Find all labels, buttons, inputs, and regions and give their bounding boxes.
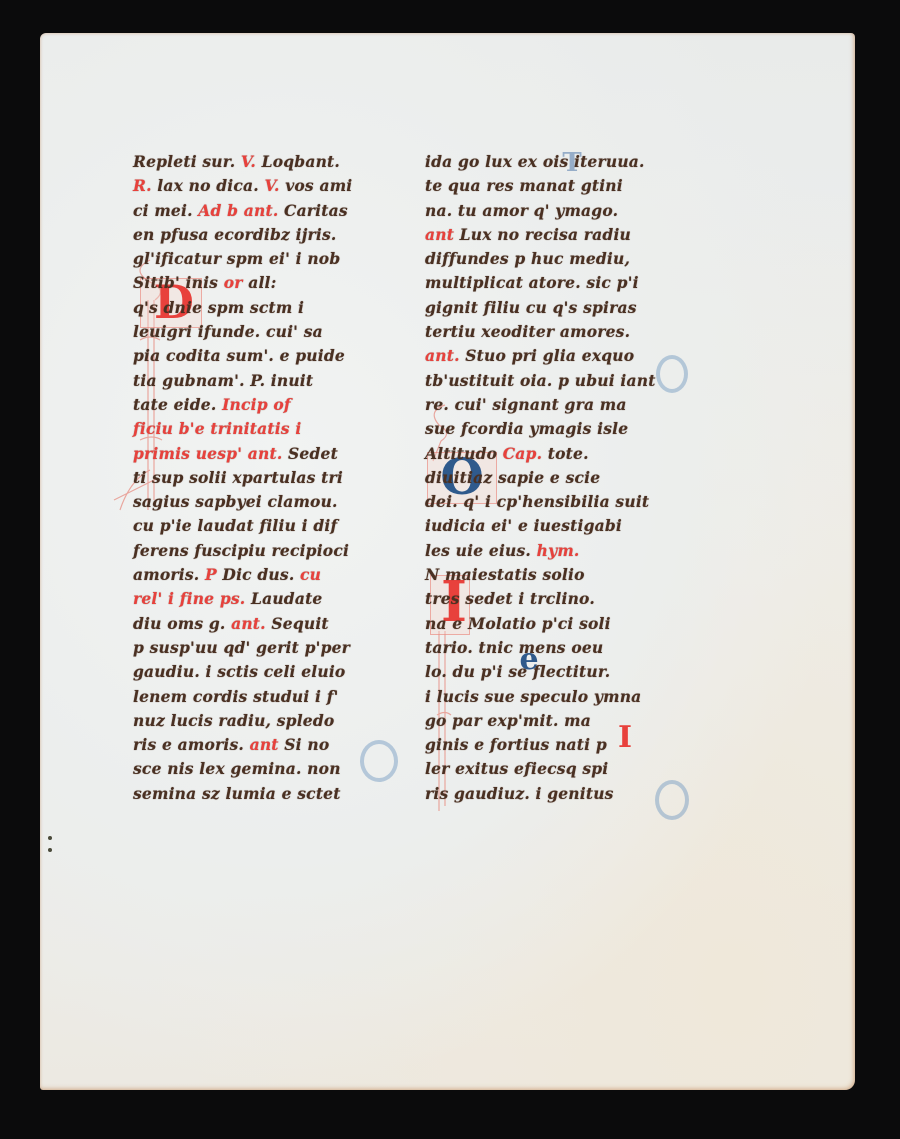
text-line: ris e amoris. ant Si no xyxy=(133,733,343,757)
script-text: multiplicat atore. sic p'i xyxy=(425,273,639,292)
script-text: i lucis sue speculo ymna xyxy=(425,687,641,706)
text-line: tia gubnam'. P. inuit xyxy=(133,369,343,393)
text-line: leuigri ifunde. cui' sa xyxy=(133,320,343,344)
rubric-text: ficiu b'e trinitatis i xyxy=(133,419,301,438)
script-text: amoris. xyxy=(133,565,205,584)
script-text: q's dnie spm sctm i xyxy=(133,298,304,317)
script-text: dei. q' i cp'hensibilia suit xyxy=(425,492,649,511)
script-text: go par exp'mit. ma xyxy=(425,711,591,730)
script-text: gl'ificatur spm ei' i nob xyxy=(133,249,340,268)
script-text: sue fcordia ymagis isle xyxy=(425,419,628,438)
script-text: na. tu amor q' ymago. xyxy=(425,201,618,220)
text-line: Altitudo Cap. tote. xyxy=(425,442,640,466)
script-text: en pfusa ecordibz ijris. xyxy=(133,225,337,244)
script-text: leuigri ifunde. cui' sa xyxy=(133,322,323,341)
text-line: ant. Stuo pri glia exquo xyxy=(425,344,640,368)
text-line: ficiu b'e trinitatis i xyxy=(133,417,343,441)
text-line: ant Lux no recisa radiu xyxy=(425,223,640,247)
text-line: ris gaudiuz. i genitus xyxy=(425,782,640,806)
text-line: tertiu xeoditer amores. xyxy=(425,320,640,344)
script-text: na e Molatio p'ci soli xyxy=(425,614,611,633)
text-line: pia codita sum'. e puide xyxy=(133,344,343,368)
text-line: sue fcordia ymagis isle xyxy=(425,417,640,441)
script-text: Si no xyxy=(284,735,329,754)
text-line: diu oms g. ant. Sequit xyxy=(133,612,343,636)
rubric-text: ant. xyxy=(231,614,271,633)
rubric-text: V. xyxy=(264,176,285,195)
text-line: gaudiu. i sctis celi eluio xyxy=(133,660,343,684)
script-text: tate eide. xyxy=(133,395,222,414)
script-text: Caritas xyxy=(284,201,348,220)
text-line: ti sup solii xpartulas tri xyxy=(133,466,343,490)
script-text: ida go lux ex ois iteruua. xyxy=(425,152,645,171)
rubric-text: ant xyxy=(250,735,285,754)
script-text: all: xyxy=(248,273,276,292)
rubric-text: or xyxy=(224,273,249,292)
text-line: diffundes p huc mediu, xyxy=(425,247,640,271)
text-line: go par exp'mit. ma xyxy=(425,709,640,733)
script-text: Laudate xyxy=(251,589,323,608)
rubric-text: ant xyxy=(425,225,460,244)
text-line: re. cui' signant gra ma xyxy=(425,393,640,417)
script-text: nuz lucis radiu, spledo xyxy=(133,711,334,730)
script-text: vos ami xyxy=(285,176,352,195)
text-line: tate eide. Incip of xyxy=(133,393,343,417)
prick-mark xyxy=(48,836,52,840)
script-text: ler exitus efiecsq spi xyxy=(425,759,608,778)
script-text: Sitib' inis xyxy=(133,273,224,292)
offset-blue-initial xyxy=(655,780,689,820)
text-line: semina sz lumia e sctet xyxy=(133,782,343,806)
script-text: re. cui' signant gra ma xyxy=(425,395,627,414)
text-line: les uie eius. hym. xyxy=(425,539,640,563)
rubric-text: primis uesp' ant. xyxy=(133,444,288,463)
text-line: Sitib' inis or all: xyxy=(133,271,343,295)
text-line: nuz lucis radiu, spledo xyxy=(133,709,343,733)
script-text: lo. du p'i se flectitur. xyxy=(425,662,610,681)
script-text: te qua res manat gtini xyxy=(425,176,623,195)
text-line: primis uesp' ant. Sedet xyxy=(133,442,343,466)
script-text: gignit filiu cu q's spiras xyxy=(425,298,637,317)
script-text: Loqbant. xyxy=(262,152,340,171)
rubric-text: Cap. xyxy=(503,444,548,463)
text-line: iudicia ei' e iuestigabi xyxy=(425,514,640,538)
text-line: cu p'ie laudat filiu i dif xyxy=(133,514,343,538)
script-text: les uie eius. xyxy=(425,541,537,560)
prick-mark xyxy=(48,848,52,852)
text-line: tario. tnic mens oeu xyxy=(425,636,640,660)
text-line: sagius sapbyei clamou. xyxy=(133,490,343,514)
script-text: ris e amoris. xyxy=(133,735,250,754)
script-text: ferens fuscipiu recipioci xyxy=(133,541,349,560)
script-text: tario. tnic mens oeu xyxy=(425,638,603,657)
script-text: N maiestatis solio xyxy=(425,565,585,584)
rubric-text: Incip of xyxy=(222,395,291,414)
text-line: gignit filiu cu q's spiras xyxy=(425,296,640,320)
text-line: diuitiaz sapie e scie xyxy=(425,466,640,490)
script-text: ci mei. xyxy=(133,201,198,220)
script-text: tia gubnam'. P. inuit xyxy=(133,371,313,390)
script-text: Repleti sur. xyxy=(133,152,241,171)
rubric-text: cu xyxy=(300,565,321,584)
script-text: iudicia ei' e iuestigabi xyxy=(425,516,622,535)
script-text: Sequit xyxy=(271,614,328,633)
script-text: gaudiu. i sctis celi eluio xyxy=(133,662,345,681)
text-line: ferens fuscipiu recipioci xyxy=(133,539,343,563)
script-text: tote. xyxy=(548,444,589,463)
script-text: ti sup solii xpartulas tri xyxy=(133,468,343,487)
right-column-text: ida go lux ex ois iteruua.te qua res man… xyxy=(425,150,640,806)
text-line: na. tu amor q' ymago. xyxy=(425,199,640,223)
script-text: semina sz lumia e sctet xyxy=(133,784,341,803)
text-line: amoris. P Dic dus. cu xyxy=(133,563,343,587)
script-text: Altitudo xyxy=(425,444,503,463)
script-text: Sedet xyxy=(288,444,338,463)
left-column-text: Repleti sur. V. Loqbant.R. lax no dica. … xyxy=(133,150,343,806)
script-text: diu oms g. xyxy=(133,614,231,633)
script-text: diuitiaz sapie e scie xyxy=(425,468,600,487)
text-line: tb'ustituit oia. p ubui iant xyxy=(425,369,640,393)
text-line: rel' i fine ps. Laudate xyxy=(133,587,343,611)
text-line: te qua res manat gtini xyxy=(425,174,640,198)
script-text: sagius sapbyei clamou. xyxy=(133,492,338,511)
text-line: multiplicat atore. sic p'i xyxy=(425,271,640,295)
rubric-text: rel' i fine ps. xyxy=(133,589,251,608)
text-line: lenem cordis studui i f' xyxy=(133,685,343,709)
rubric-text: hym. xyxy=(537,541,580,560)
rubric-text: Ad b ant. xyxy=(198,201,284,220)
text-line: p susp'uu qd' gerit p'per xyxy=(133,636,343,660)
text-line: i lucis sue speculo ymna xyxy=(425,685,640,709)
text-line: tres sedet i trclino. xyxy=(425,587,640,611)
text-line: ida go lux ex ois iteruua. xyxy=(425,150,640,174)
script-text: lax no dica. xyxy=(157,176,264,195)
text-line: R. lax no dica. V. vos ami xyxy=(133,174,343,198)
script-text: sce nis lex gemina. non xyxy=(133,759,341,778)
script-text: cu p'ie laudat filiu i dif xyxy=(133,516,337,535)
rubric-text: R. xyxy=(133,176,157,195)
text-line: dei. q' i cp'hensibilia suit xyxy=(425,490,640,514)
script-text: Dic dus. xyxy=(222,565,300,584)
script-text: lenem cordis studui i f' xyxy=(133,687,339,706)
script-text: tertiu xeoditer amores. xyxy=(425,322,630,341)
rubric-text: ant. xyxy=(425,346,465,365)
offset-blue-initial xyxy=(360,740,398,782)
script-text: tb'ustituit oia. p ubui iant xyxy=(425,371,656,390)
script-text: Stuo pri glia exquo xyxy=(465,346,634,365)
script-text: Lux no recisa radiu xyxy=(460,225,631,244)
script-text: diffundes p huc mediu, xyxy=(425,249,630,268)
text-line: na e Molatio p'ci soli xyxy=(425,612,640,636)
text-line: en pfusa ecordibz ijris. xyxy=(133,223,343,247)
script-text: ginis e fortius nati p xyxy=(425,735,607,754)
script-text: pia codita sum'. e puide xyxy=(133,346,345,365)
rubric-text: P xyxy=(205,565,222,584)
rubric-text: V. xyxy=(241,152,262,171)
text-line: ler exitus efiecsq spi xyxy=(425,757,640,781)
text-line: q's dnie spm sctm i xyxy=(133,296,343,320)
text-line: gl'ificatur spm ei' i nob xyxy=(133,247,343,271)
text-line: ci mei. Ad b ant. Caritas xyxy=(133,199,343,223)
script-text: ris gaudiuz. i genitus xyxy=(425,784,614,803)
script-text: p susp'uu qd' gerit p'per xyxy=(133,638,350,657)
text-line: N maiestatis solio xyxy=(425,563,640,587)
script-text: tres sedet i trclino. xyxy=(425,589,595,608)
text-line: Repleti sur. V. Loqbant. xyxy=(133,150,343,174)
text-line: lo. du p'i se flectitur. xyxy=(425,660,640,684)
offset-blue-initial xyxy=(656,355,688,393)
text-line: ginis e fortius nati p xyxy=(425,733,640,757)
text-line: sce nis lex gemina. non xyxy=(133,757,343,781)
